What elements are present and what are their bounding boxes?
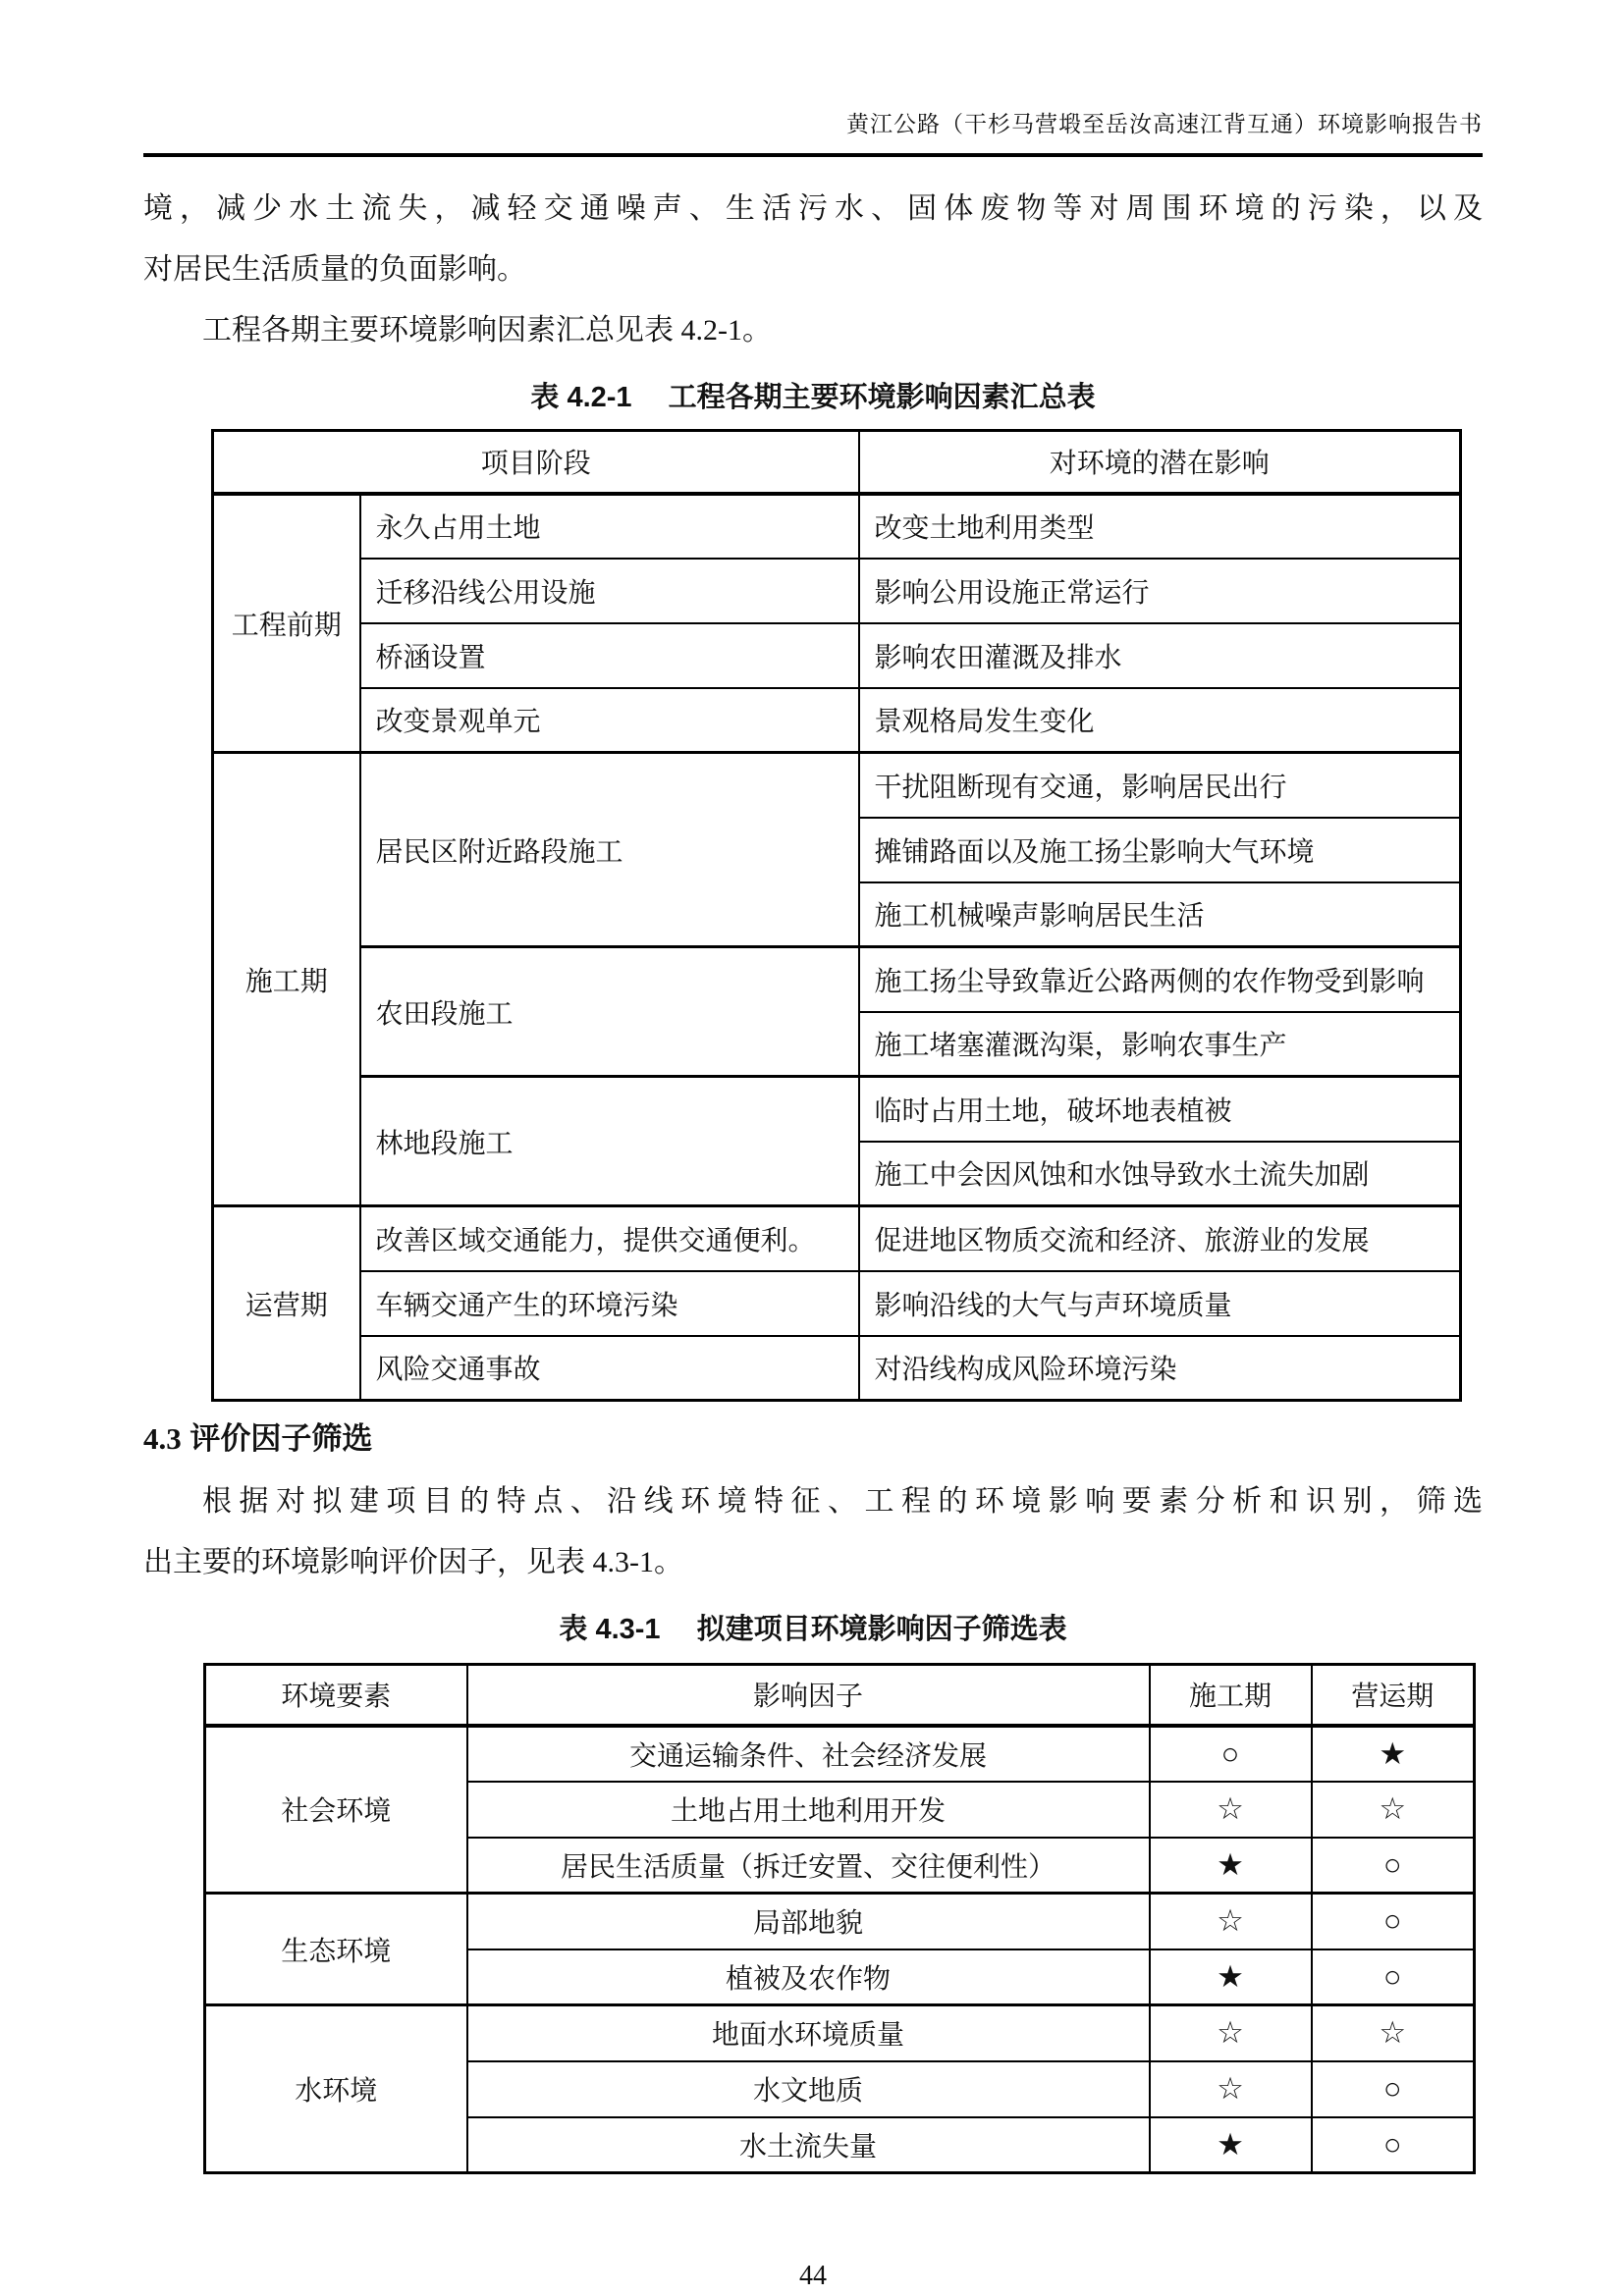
- impact-cell: 对沿线构成风险环境污染: [859, 1336, 1461, 1401]
- section-number: 4.3: [143, 1421, 182, 1456]
- table-row: 水环境 地面水环境质量 ☆ ☆: [205, 2005, 1475, 2061]
- table-header-cell: 对环境的潜在影响: [859, 431, 1461, 494]
- table1-caption: 表 4.2-1 工程各期主要环境影响因素汇总表: [143, 375, 1483, 415]
- table-header-cell: 影响因子: [467, 1665, 1150, 1726]
- construction-mark: ☆: [1150, 2005, 1312, 2061]
- impact-cell: 干扰阻断现有交通，影响居民出行: [859, 753, 1461, 818]
- impact-cell: 影响公用设施正常运行: [859, 559, 1461, 623]
- paragraph-1-line-2: 对居民生活质量的负面影响。: [143, 240, 1483, 300]
- item-cell: 车辆交通产生的环境污染: [360, 1271, 859, 1336]
- table-row: 林地段施工 临时占用土地，破坏地表植被: [213, 1077, 1461, 1142]
- construction-mark: ★: [1150, 2117, 1312, 2173]
- paragraph-2: 工程各期主要环境影响因素汇总见表 4.2-1。: [143, 300, 1483, 361]
- operation-mark: ☆: [1312, 2005, 1475, 2061]
- table-row: 风险交通事故 对沿线构成风险环境污染: [213, 1336, 1461, 1401]
- stage-cell: 工程前期: [213, 494, 360, 753]
- construction-mark: ○: [1150, 1726, 1312, 1782]
- table-header-cell: 项目阶段: [213, 431, 859, 494]
- factor-cell: 交通运输条件、社会经济发展: [467, 1726, 1150, 1782]
- impact-summary-table: 项目阶段 对环境的潜在影响 工程前期 永久占用土地 改变土地利用类型 迁移沿线公…: [211, 429, 1462, 1402]
- operation-mark: ★: [1312, 1726, 1475, 1782]
- construction-mark: ☆: [1150, 2061, 1312, 2117]
- operation-mark: ☆: [1312, 1782, 1475, 1838]
- factor-cell: 水文地质: [467, 2061, 1150, 2117]
- item-cell: 农田段施工: [360, 947, 859, 1077]
- operation-mark: ○: [1312, 1838, 1475, 1894]
- construction-mark: ☆: [1150, 1894, 1312, 1949]
- item-cell: 林地段施工: [360, 1077, 859, 1206]
- impact-cell: 施工中会因风蚀和水蚀导致水土流失加剧: [859, 1142, 1461, 1206]
- table-header-cell: 施工期: [1150, 1665, 1312, 1726]
- factor-cell: 局部地貌: [467, 1894, 1150, 1949]
- operation-mark: ○: [1312, 2117, 1475, 2173]
- table-row: 改变景观单元 景观格局发生变化: [213, 688, 1461, 753]
- factor-screening-table: 环境要素 影响因子 施工期 营运期 社会环境 交通运输条件、社会经济发展 ○ ★…: [203, 1663, 1476, 2174]
- item-cell: 改变景观单元: [360, 688, 859, 753]
- table-row: 车辆交通产生的环境污染 影响沿线的大气与声环境质量: [213, 1271, 1461, 1336]
- table-row: 农田段施工 施工扬尘导致靠近公路两侧的农作物受到影响: [213, 947, 1461, 1012]
- category-cell: 社会环境: [205, 1726, 467, 1894]
- table-header-cell: 环境要素: [205, 1665, 467, 1726]
- item-cell: 迁移沿线公用设施: [360, 559, 859, 623]
- construction-mark: ★: [1150, 1838, 1312, 1894]
- table-row: 迁移沿线公用设施 影响公用设施正常运行: [213, 559, 1461, 623]
- table-header-row: 项目阶段 对环境的潜在影响: [213, 431, 1461, 494]
- factor-cell: 植被及农作物: [467, 1949, 1150, 2005]
- item-cell: 桥涵设置: [360, 623, 859, 688]
- factor-cell: 地面水环境质量: [467, 2005, 1150, 2061]
- section-title: 评价因子筛选: [189, 1421, 372, 1456]
- impact-cell: 摊铺路面以及施工扬尘影响大气环境: [859, 818, 1461, 882]
- operation-mark: ○: [1312, 2061, 1475, 2117]
- factor-cell: 土地占用土地利用开发: [467, 1782, 1150, 1838]
- stage-cell: 施工期: [213, 753, 360, 1206]
- stage-cell: 运营期: [213, 1206, 360, 1401]
- document-page: 黄江公路（干杉马营塅至岳汝高速江背互通）环境影响报告书 境，减少水土流失，减轻交…: [0, 0, 1624, 2296]
- impact-cell: 影响沿线的大气与声环境质量: [859, 1271, 1461, 1336]
- section-heading-4-3: 4.3 评价因子筛选: [143, 1414, 1483, 1458]
- table-header-row: 环境要素 影响因子 施工期 营运期: [205, 1665, 1475, 1726]
- factor-cell: 居民生活质量（拆迁安置、交往便利性）: [467, 1838, 1150, 1894]
- construction-mark: ★: [1150, 1949, 1312, 2005]
- table-header-cell: 营运期: [1312, 1665, 1475, 1726]
- impact-cell: 施工机械噪声影响居民生活: [859, 882, 1461, 947]
- impact-cell: 影响农田灌溉及排水: [859, 623, 1461, 688]
- running-header: 黄江公路（干杉马营塅至岳汝高速江背互通）环境影响报告书: [143, 110, 1483, 139]
- category-cell: 水环境: [205, 2005, 467, 2173]
- item-cell: 永久占用土地: [360, 494, 859, 559]
- factor-cell: 水土流失量: [467, 2117, 1150, 2173]
- category-cell: 生态环境: [205, 1894, 467, 2005]
- paragraph-3: 根据对拟建项目的特点、沿线环境特征、工程的环境影响要素分析和识别，筛选 出主要的…: [143, 1471, 1483, 1593]
- impact-cell: 改变土地利用类型: [859, 494, 1461, 559]
- table-row: 工程前期 永久占用土地 改变土地利用类型: [213, 494, 1461, 559]
- operation-mark: ○: [1312, 1894, 1475, 1949]
- header-divider: [143, 153, 1483, 157]
- table-row: 桥涵设置 影响农田灌溉及排水: [213, 623, 1461, 688]
- table-row: 生态环境 局部地貌 ☆ ○: [205, 1894, 1475, 1949]
- table2-caption: 表 4.3-1 拟建项目环境影响因子筛选表: [143, 1607, 1483, 1647]
- page-number: 44: [143, 2261, 1483, 2292]
- paragraph-1: 境，减少水土流失，减轻交通噪声、生活污水、固体废物等对周围环境的污染，以及 对居…: [143, 179, 1483, 361]
- construction-mark: ☆: [1150, 1782, 1312, 1838]
- table-row: 社会环境 交通运输条件、社会经济发展 ○ ★: [205, 1726, 1475, 1782]
- paragraph-3-line-2: 出主要的环境影响评价因子，见表 4.3-1。: [143, 1532, 1483, 1593]
- impact-cell: 景观格局发生变化: [859, 688, 1461, 753]
- paragraph-1-line-1: 境，减少水土流失，减轻交通噪声、生活污水、固体废物等对周围环境的污染，以及: [143, 179, 1483, 240]
- impact-cell: 施工扬尘导致靠近公路两侧的农作物受到影响: [859, 947, 1461, 1012]
- item-cell: 风险交通事故: [360, 1336, 859, 1401]
- impact-cell: 临时占用土地，破坏地表植被: [859, 1077, 1461, 1142]
- impact-cell: 促进地区物质交流和经济、旅游业的发展: [859, 1206, 1461, 1271]
- impact-cell: 施工堵塞灌溉沟渠，影响农事生产: [859, 1012, 1461, 1077]
- table-row: 施工期 居民区附近路段施工 干扰阻断现有交通，影响居民出行: [213, 753, 1461, 818]
- paragraph-3-line-1: 根据对拟建项目的特点、沿线环境特征、工程的环境影响要素分析和识别，筛选: [143, 1471, 1483, 1532]
- item-cell: 改善区域交通能力，提供交通便利。: [360, 1206, 859, 1271]
- item-cell: 居民区附近路段施工: [360, 753, 859, 947]
- operation-mark: ○: [1312, 1949, 1475, 2005]
- table-row: 运营期 改善区域交通能力，提供交通便利。 促进地区物质交流和经济、旅游业的发展: [213, 1206, 1461, 1271]
